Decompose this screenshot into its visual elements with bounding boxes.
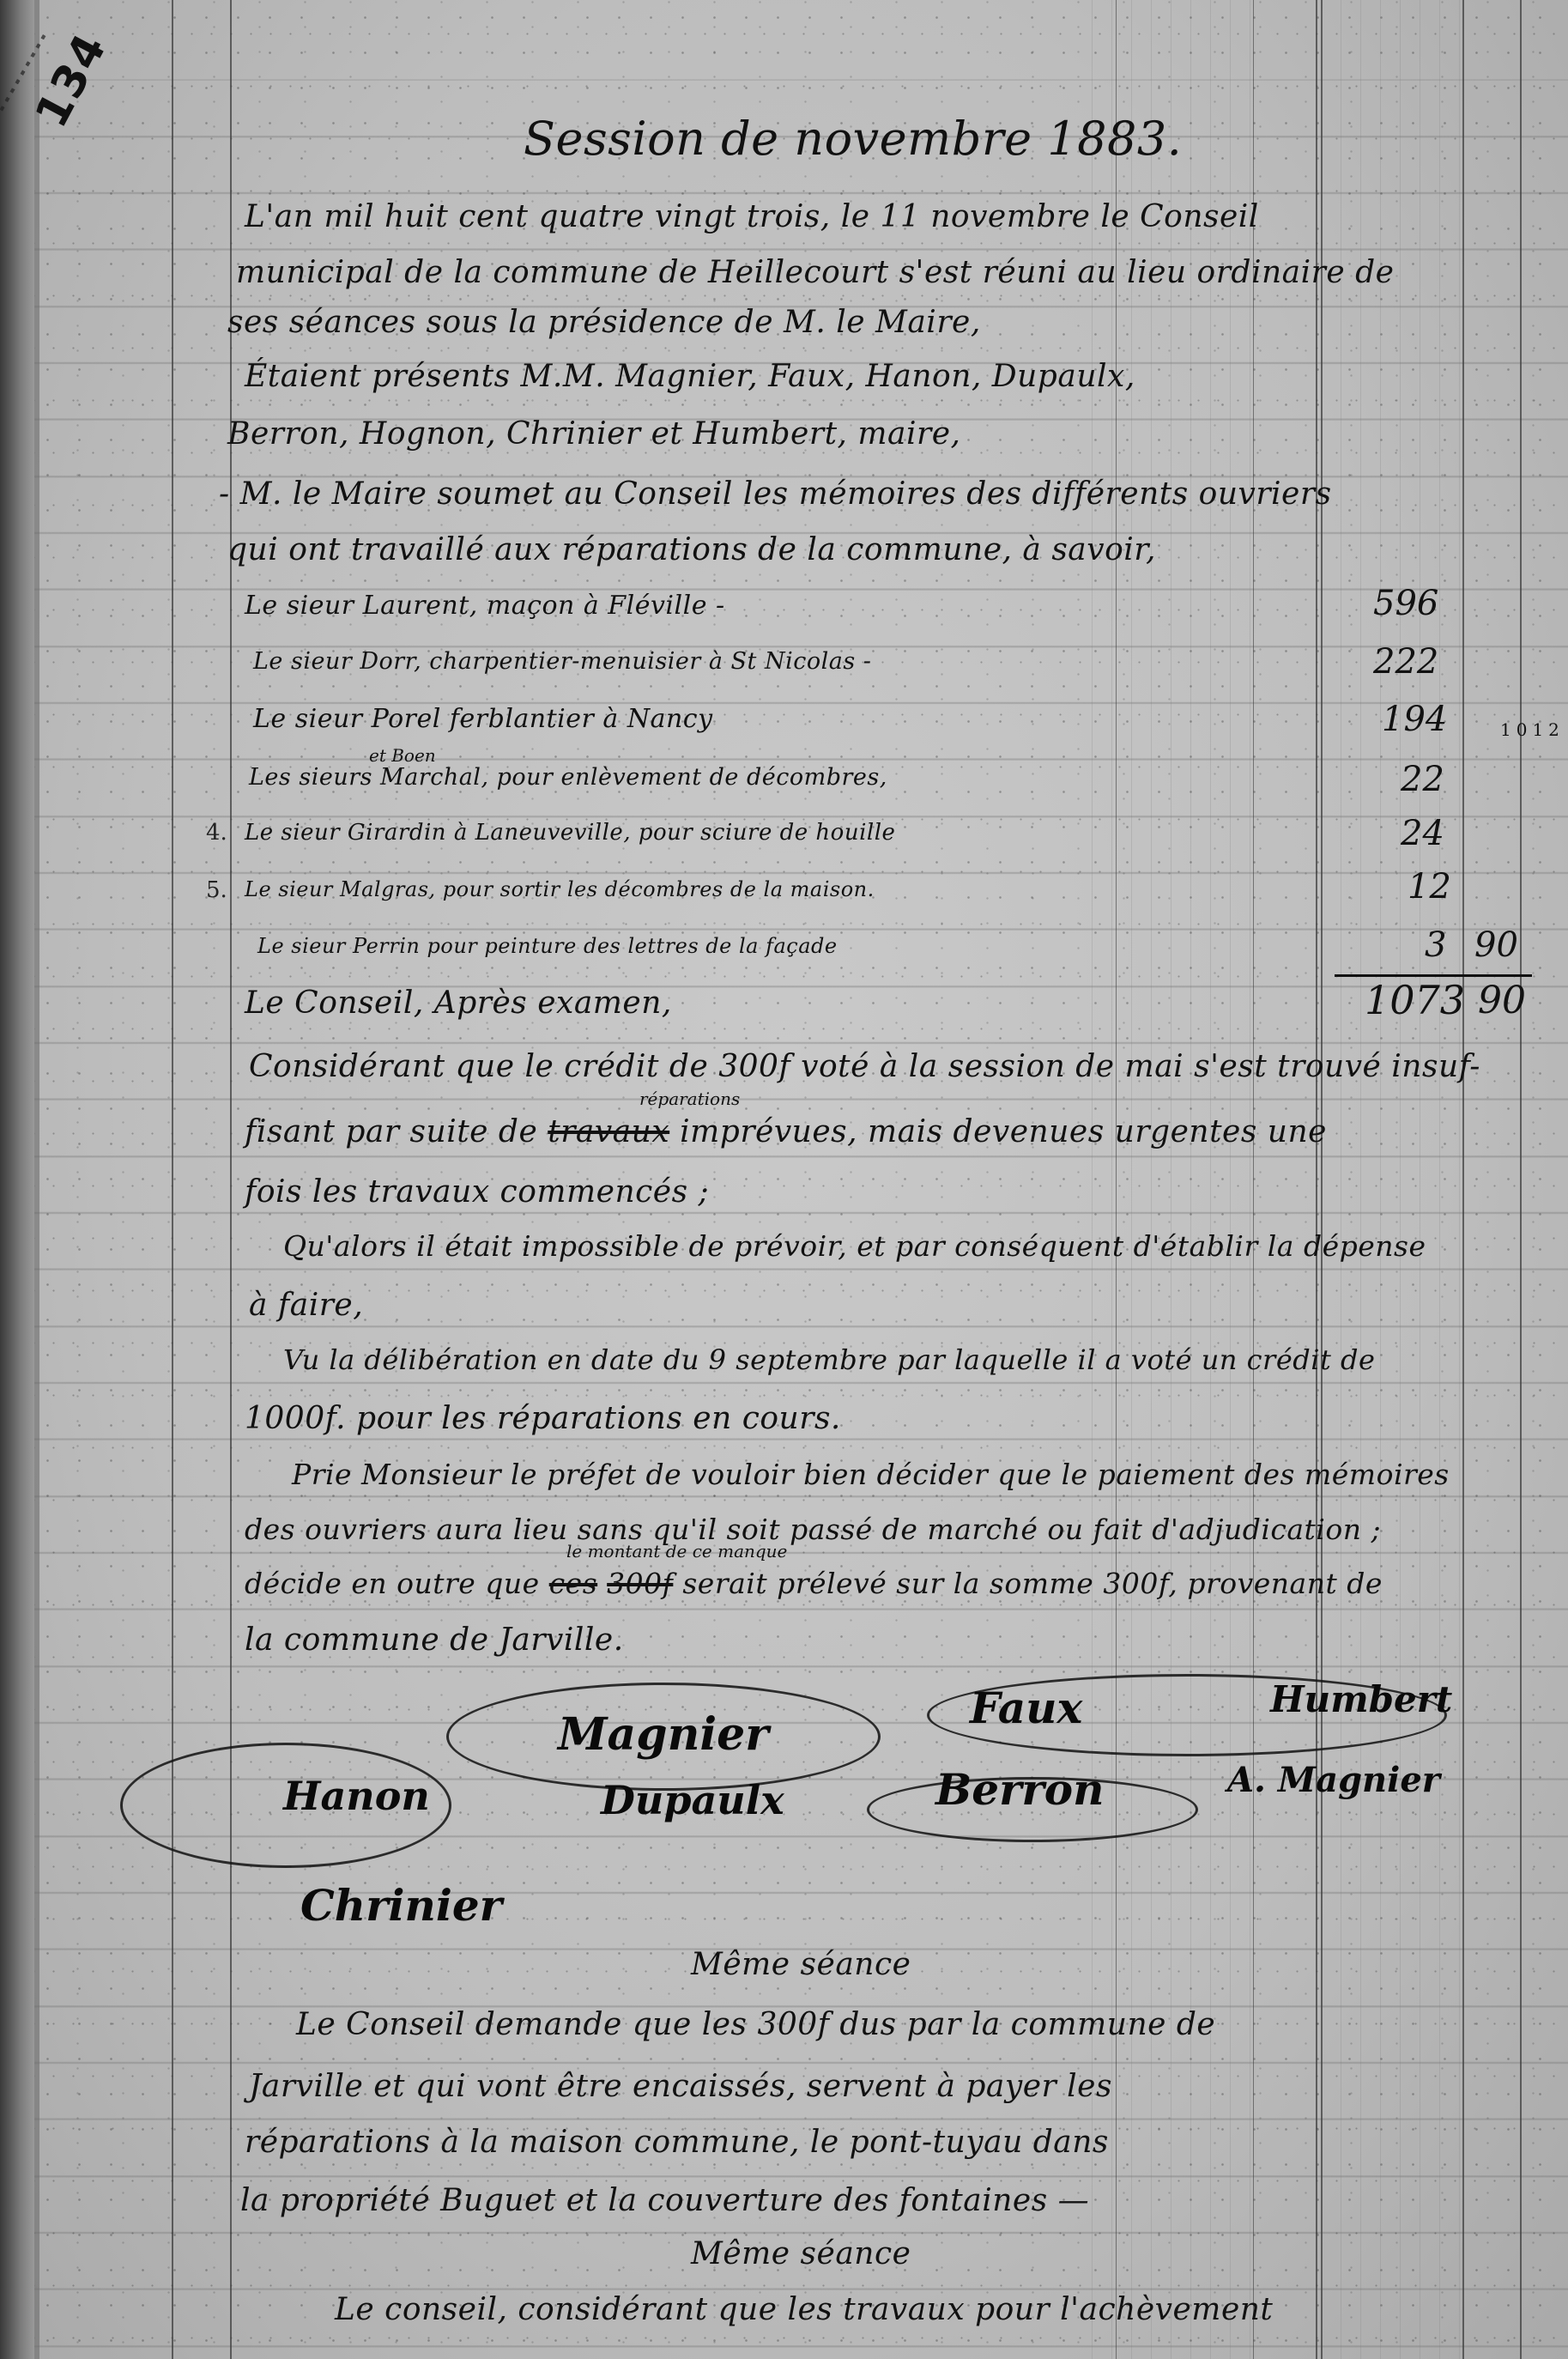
interlinear-insert: réparations	[639, 1089, 740, 1109]
ledger-entry-cents: 90	[1474, 925, 1518, 965]
interlinear-insert: et Boen	[369, 745, 436, 766]
text-line: L'an mil huit cent quatre vingt trois, l…	[245, 199, 1259, 234]
text-line: Prie Monsieur le préfet de vouloir bien …	[292, 1458, 1450, 1491]
ledger-entry-amount: 3	[1425, 925, 1446, 965]
column-rule	[1253, 0, 1254, 2359]
ledger-entry-amount: 194	[1382, 700, 1447, 739]
ledger-entry-text: Le sieur Girardin à Laneuveville, pour s…	[245, 820, 895, 846]
text-line: des ouvriers aura lieu sans qu'il soit p…	[245, 1513, 1381, 1546]
margin-rule	[230, 0, 232, 2359]
text-line: 1000f. pour les réparations en cours.	[245, 1401, 841, 1436]
text-line: Étaient présents M.M. Magnier, Faux, Han…	[245, 359, 1135, 394]
text-line: ses séances sous la présidence de M. le …	[227, 305, 981, 340]
text-line: la commune de Jarville.	[245, 1622, 624, 1658]
column-rule-double	[1321, 0, 1323, 2359]
text-line: Le conseil, considérant que les travaux …	[335, 2292, 1273, 2327]
text-line: Qu'alors il était impossible de prévoir,…	[283, 1229, 1426, 1263]
entry-marker: 4.	[206, 820, 227, 846]
signature: Hanon	[283, 1773, 430, 1819]
total-amount: 1073	[1365, 977, 1465, 1023]
column-rule	[1116, 0, 1117, 2359]
struck-word: ces	[549, 1567, 597, 1600]
ledger-entry-text: Le sieur Porel ferblantier à Nancy	[253, 704, 713, 734]
text-line: fisant par suite de travaux imprévues, m…	[245, 1114, 1327, 1149]
ledger-entry-amount: 596	[1373, 584, 1438, 623]
ledger-entry-text: Le sieur Malgras, pour sortir les décomb…	[245, 877, 875, 901]
text-fragment: décide en outre que	[245, 1567, 540, 1600]
signature: Dupaulx	[601, 1777, 784, 1823]
text-line: Jarville et qui vont être encaissés, ser…	[249, 2069, 1112, 2104]
text-fragment: serait prélevé sur la somme 300f, proven…	[682, 1567, 1383, 1600]
ledger-page: 134 Session de novembre 1883. L'an mil h…	[0, 0, 1568, 2359]
ledger-entry-amount: 12	[1408, 867, 1451, 907]
text-line: - M. le Maire soumet au Conseil les mémo…	[219, 476, 1332, 512]
book-binding-edge	[34, 0, 39, 2359]
text-line: Considérant que le crédit de 300f voté à…	[249, 1049, 1480, 1084]
ledger-entry-amount: 22	[1401, 760, 1444, 799]
text-line: décide en outre que ces 300f serait prél…	[245, 1567, 1383, 1600]
text-line: fois les travaux commencés ;	[245, 1174, 709, 1210]
text-line: Berron, Hognon, Chrinier et Humbert, mai…	[227, 416, 961, 452]
total-cents: 90	[1478, 979, 1526, 1022]
session-title: Session de novembre 1883.	[524, 112, 1182, 166]
signature: Berron	[935, 1764, 1104, 1815]
column-rule	[1520, 0, 1522, 2359]
side-subtotal: 1012	[1500, 719, 1565, 740]
signature: Faux	[970, 1683, 1082, 1733]
text-line: à faire,	[249, 1288, 363, 1323]
text-fragment: imprévues, mais devenues urgentes une	[680, 1114, 1327, 1149]
entry-marker: 5.	[206, 877, 227, 903]
ledger-entry-text: Le sieur Dorr, charpentier-menuisier à S…	[253, 648, 871, 675]
text-line: réparations à la maison commune, le pont…	[245, 2125, 1109, 2160]
section-heading: Même séance	[691, 2236, 911, 2271]
section-heading: Même séance	[691, 1947, 911, 1982]
text-fragment: fisant par suite de	[245, 1114, 537, 1149]
column-rule-double	[1316, 0, 1317, 2359]
text-line: Le Conseil demande que les 300f dus par …	[296, 2007, 1215, 2042]
money-column-grid	[1073, 0, 1253, 2359]
signature: Magnier	[558, 1708, 769, 1761]
signature: Chrinier	[300, 1880, 502, 1931]
ledger-entry-text: Les sieurs Marchal, pour enlèvement de d…	[249, 764, 887, 791]
text-line: Vu la délibération en date du 9 septembr…	[283, 1343, 1375, 1376]
signature: A. Magnier	[1227, 1760, 1440, 1800]
column-rule	[1462, 0, 1464, 2359]
ledger-entry-text: Le sieur Laurent, maçon à Fléville -	[245, 591, 725, 621]
text-line: qui ont travaillé aux réparations de la …	[227, 532, 1156, 567]
money-column-grid	[1322, 0, 1463, 2359]
text-line: municipal de la commune de Heillecourt s…	[236, 255, 1394, 290]
total-label: Le Conseil, Après examen,	[245, 985, 672, 1021]
margin-rule	[172, 0, 173, 2359]
book-binding	[0, 0, 34, 2359]
interlinear-insert: le montant de ce manque	[566, 1541, 787, 1562]
text-line: la propriété Buguet et la couverture des…	[240, 2183, 1089, 2218]
ledger-entry-text: Le sieur Perrin pour peinture des lettre…	[257, 934, 838, 958]
struck-word: 300f	[607, 1567, 673, 1600]
struck-word: travaux	[548, 1114, 669, 1149]
signature: Humbert	[1270, 1678, 1452, 1720]
ledger-entry-amount: 24	[1401, 814, 1444, 853]
ledger-entry-amount: 222	[1373, 642, 1438, 682]
